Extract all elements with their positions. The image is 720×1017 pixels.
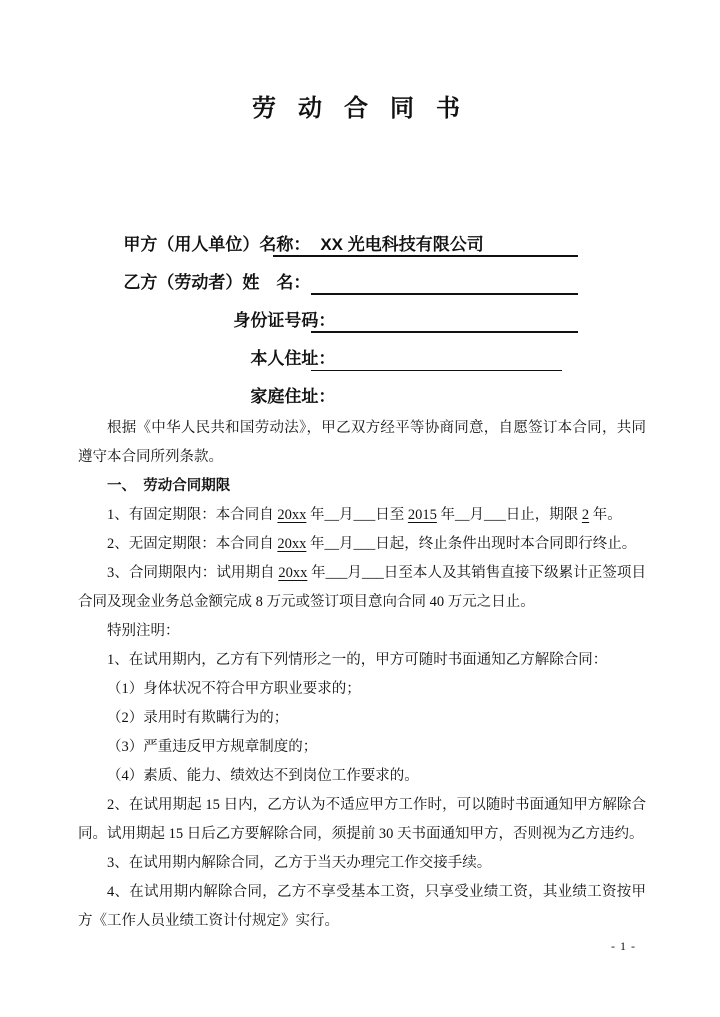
paragraph: （3）严重违反甲方规章制度的； bbox=[78, 733, 646, 762]
text-segment: 1、在试用期内，乙方有下列情形之一的，甲方可随时书面通知乙方解除合同： bbox=[107, 652, 607, 668]
personal-address-blank-underline bbox=[311, 331, 578, 333]
paragraph: 2、无固定期限：本合同自 20xx 年__月___日起，终止条件出现时本合同即行… bbox=[78, 530, 646, 559]
party-b-blank-underline bbox=[273, 255, 578, 257]
field-row-personal-address: 本人住址： bbox=[95, 302, 578, 340]
text-segment: 3、在试用期内解除合同，乙方于当天办理完工作交接手续。 bbox=[107, 855, 491, 871]
text-segment: 2、无固定期限：本合同自 bbox=[107, 536, 277, 552]
document-page: 劳 动 合 同 书 甲方（用人单位）名称：XX 光电科技有限公司 乙方（劳动者）… bbox=[0, 0, 720, 1017]
header-fields: 甲方（用人单位）名称：XX 光电科技有限公司 乙方（劳动者）姓 名： 身份证号码… bbox=[95, 188, 578, 378]
paragraph: 根据《中华人民共和国劳动法》，甲乙双方经平等协商同意，自愿签订本合同，共同遵守本… bbox=[78, 414, 646, 472]
paragraph: 2、在试用期起 15 日内，乙方认为不适应甲方工作时，可以随时书面通知甲方解除合… bbox=[78, 791, 646, 849]
text-segment: （4）素质、能力、绩效达不到岗位工作要求的。 bbox=[107, 768, 419, 784]
text-segment: 根据《中华人民共和国劳动法》，甲乙双方经平等协商同意，自愿签订本合同，共同遵守本… bbox=[78, 420, 646, 465]
section-heading: 一、 劳动合同期限 bbox=[78, 472, 646, 501]
contract-body: 根据《中华人民共和国劳动法》，甲乙双方经平等协商同意，自愿签订本合同，共同遵守本… bbox=[78, 414, 646, 936]
field-row-party-a: 甲方（用人单位）名称：XX 光电科技有限公司 bbox=[95, 188, 578, 226]
underlined-fill-value: 20xx bbox=[278, 565, 307, 581]
text-segment: 4、在试用期内解除合同，乙方不享受基本工资，只享受业绩工资，其业绩工资按甲方《工… bbox=[78, 884, 646, 929]
underlined-fill-value: 20xx bbox=[277, 507, 306, 523]
text-segment: （1）身体状况不符合甲方职业要求的； bbox=[107, 681, 361, 697]
paragraph: 3、在试用期内解除合同，乙方于当天办理完工作交接手续。 bbox=[78, 849, 646, 878]
text-segment: 2、在试用期起 15 日内，乙方认为不适应甲方工作时，可以随时书面通知甲方解除合… bbox=[78, 797, 646, 842]
field-row-party-b: 乙方（劳动者）姓 名： bbox=[95, 226, 578, 264]
paragraph: 4、在试用期内解除合同，乙方不享受基本工资，只享受业绩工资，其业绩工资按甲方《工… bbox=[78, 878, 646, 936]
family-address-blank-underline bbox=[311, 370, 562, 371]
paragraph: 1、有固定期限：本合同自 20xx 年__月___日至 2015 年__月___… bbox=[78, 501, 646, 530]
text-segment: 特别注明： bbox=[107, 623, 180, 639]
paragraph: 3、合同期限内：试用期自 20xx 年___月___日至本人及其销售直接下级累计… bbox=[78, 559, 646, 617]
text-segment: 1、有固定期限：本合同自 bbox=[107, 507, 277, 523]
field-row-family-address: 家庭住址： bbox=[95, 340, 578, 378]
document-title: 劳 动 合 同 书 bbox=[0, 88, 720, 123]
paragraph: （1）身体状况不符合甲方职业要求的； bbox=[78, 675, 646, 704]
text-segment: 3、合同期限内：试用期自 bbox=[107, 565, 278, 581]
underlined-fill-value: 20xx bbox=[277, 536, 306, 552]
page-number: - 1 - bbox=[0, 939, 636, 954]
paragraph: （4）素质、能力、绩效达不到岗位工作要求的。 bbox=[78, 762, 646, 791]
family-address-label: 家庭住址： bbox=[123, 378, 335, 416]
text-segment: 年__月___日起，终止条件出现时本合同即行终止。 bbox=[306, 536, 636, 552]
text-segment: 年__月___日止，期限 bbox=[437, 507, 582, 523]
id-number-blank-underline bbox=[311, 293, 578, 295]
text-segment: 年__月___日至 bbox=[306, 507, 408, 523]
text-segment: 年。 bbox=[589, 507, 622, 523]
paragraph: 特别注明： bbox=[78, 617, 646, 646]
text-segment: 一、 劳动合同期限 bbox=[107, 478, 230, 494]
text-segment: （2）录用时有欺瞒行为的； bbox=[107, 710, 288, 726]
field-row-id-number: 身份证号码： bbox=[95, 264, 578, 302]
text-segment: （3）严重违反甲方规章制度的； bbox=[107, 739, 317, 755]
underlined-fill-value: 2015 bbox=[408, 507, 437, 523]
paragraph: 1、在试用期内，乙方有下列情形之一的，甲方可随时书面通知乙方解除合同： bbox=[78, 646, 646, 675]
paragraph: （2）录用时有欺瞒行为的； bbox=[78, 704, 646, 733]
